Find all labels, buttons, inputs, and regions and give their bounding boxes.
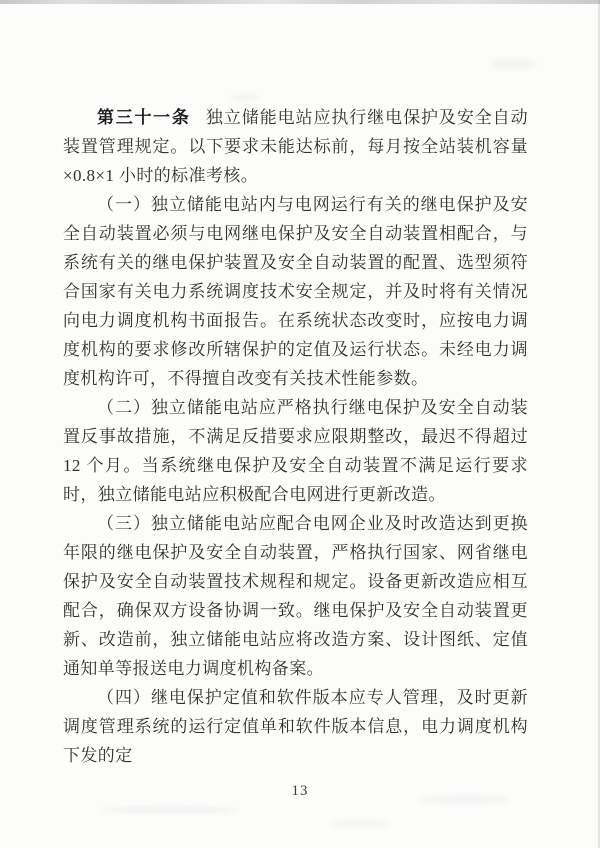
scan-edge-artifact-top [0, 0, 600, 4]
document-body: 第三十一条独立储能电站应执行继电保护及安全自动装置管理规定。以下要求未能达标前，… [63, 103, 528, 770]
article-number: 第三十一条 [97, 108, 191, 127]
scan-smudge [490, 58, 536, 70]
article-item-paragraph: （二）独立储能电站应严格执行继电保护及安全自动装置反事故措施，不满足反措要求应限… [63, 393, 528, 509]
scanned-document-page: { "page": { "number": "13", "article": {… [0, 0, 600, 848]
article-items: （一）独立储能电站内与电网运行有关的继电保护及安全自动装置必须与电网继电保护及安… [63, 190, 528, 770]
scan-smudge [100, 806, 240, 814]
scan-smudge [330, 820, 390, 827]
article-item-paragraph: （一）独立储能电站内与电网运行有关的继电保护及安全自动装置必须与电网继电保护及安… [63, 190, 528, 393]
scan-smudge [230, 94, 260, 101]
article-item-paragraph: （三）独立储能电站应配合电网企业及时改造达到更换年限的继电保护及安全自动装置，严… [63, 509, 528, 683]
page-number: 13 [0, 783, 600, 800]
article-paragraph: 第三十一条独立储能电站应执行继电保护及安全自动装置管理规定。以下要求未能达标前，… [63, 103, 528, 190]
article-item-paragraph: （四）继电保护定值和软件版本应专人管理，及时更新调度管理系统的运行定值单和软件版… [63, 683, 528, 770]
